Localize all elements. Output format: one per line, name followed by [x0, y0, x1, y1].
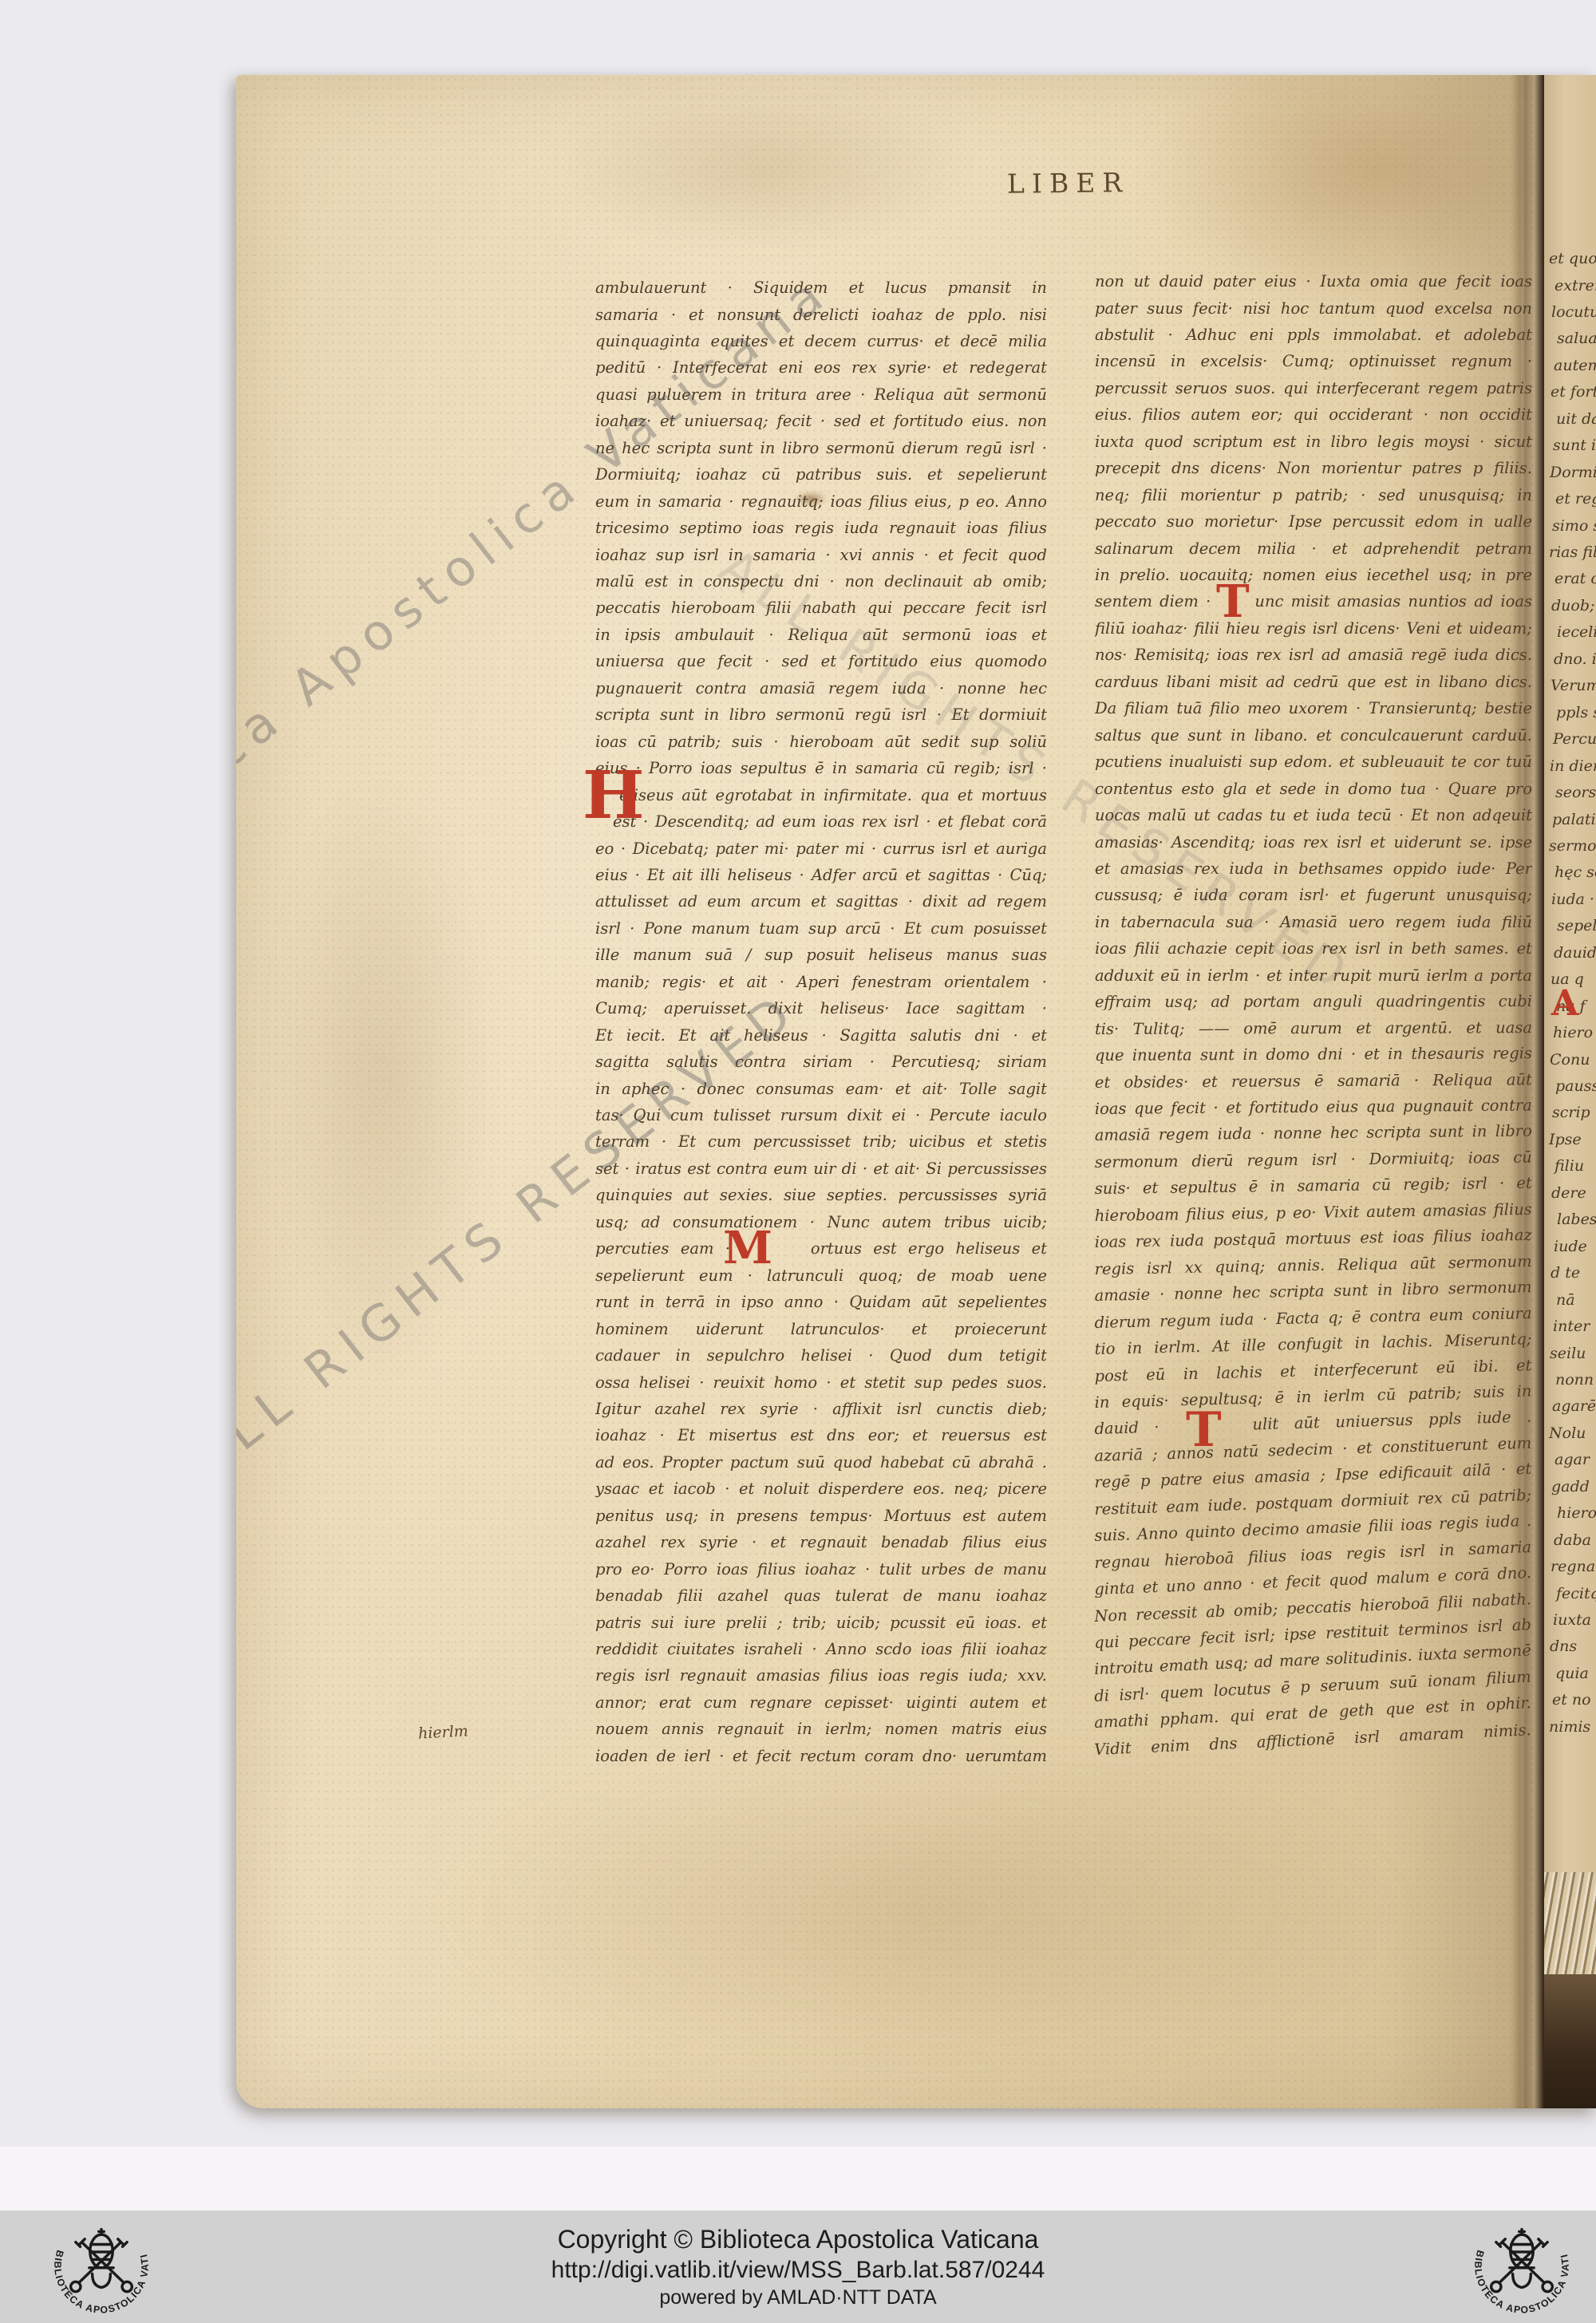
manuscript-line: erat cum: [1555, 566, 1596, 592]
manuscript-line: nouem annis regnauit in ierlm; nomen mat…: [595, 1716, 1047, 1743]
manuscript-line: eius · Porro ioas sepultus ē in samaria …: [595, 755, 1047, 782]
manuscript-line: effraim usq; ad portam anguli quadringen…: [1095, 988, 1532, 1016]
manuscript-line: ille manum suā / sup posuit heliseus man…: [595, 942, 1047, 969]
manuscript-line: duob; a: [1551, 593, 1596, 619]
manuscript-line: est · Descenditq; ad eum ioas rex isrl ·…: [613, 808, 1047, 836]
manuscript-line: scripta sunt in libro sermonū regū isrl …: [595, 701, 1047, 729]
manuscript-line: iude: [1554, 1234, 1587, 1260]
manuscript-line: ysaac et iacob · et noluit disperdere eo…: [595, 1476, 1047, 1503]
manuscript-line: dno. iux: [1554, 646, 1596, 673]
manuscript-line: labes: [1557, 1207, 1596, 1233]
manuscript-line: tricesimo septimo ioas regis iuda regnau…: [595, 515, 1047, 542]
manuscript-line: ppls sa: [1556, 700, 1596, 726]
manuscript-line: agarē: [1552, 1393, 1596, 1420]
manuscript-line: in tabernacula sua · Amasiā uero regem i…: [1095, 909, 1532, 936]
rubric-initial-H: H: [583, 763, 644, 828]
manuscript-line: pro eo· Porro ioas filius ioahaz · tulit…: [595, 1556, 1047, 1583]
manuscript-line: et quod c: [1549, 246, 1596, 272]
manuscript-line: adduxit eū in ierlm · et inter rupit mur…: [1095, 962, 1532, 990]
manuscript-line: peccato suo morietur· Ipse percussit edo…: [1095, 508, 1532, 535]
manuscript-line: pater suus fecit· nisi hoc tantum quod e…: [1095, 295, 1532, 322]
manuscript-line: filiu: [1555, 1153, 1584, 1179]
manuscript-line: tas· Qui cum tulisset rursum dixit ei · …: [595, 1102, 1047, 1129]
manuscript-line: uocas malū ut cadas tu et iuda tecū · Et…: [1095, 802, 1532, 829]
manuscript-line: Dormiuitq; ioahaz cū patribus suis. et s…: [595, 461, 1047, 488]
manuscript-line: iecelia de: [1557, 619, 1596, 646]
manuscript-line: iuxta: [1553, 1607, 1591, 1634]
footer-url: http://digi.vatlib.it/view/MSS_Barb.lat.…: [551, 2257, 1045, 2284]
manuscript-line: iuda ·: [1551, 887, 1594, 913]
manuscript-line: quinquies aut sexies. siue septies. perc…: [595, 1182, 1047, 1209]
manuscript-line: runt in terrā in ipso anno · Quidam aūt …: [595, 1289, 1047, 1316]
manuscript-line: attulisset ad eum arcum et sagittas · di…: [595, 888, 1047, 915]
manuscript-line: percussit seruos suos. qui interfecerant…: [1095, 375, 1532, 402]
manuscript-line: dauid: [1554, 940, 1596, 966]
manuscript-line: terram · Et cum percussisset trib; uicib…: [595, 1128, 1047, 1156]
manuscript-line: isrl · Pone manum tuam sup arcū · Et cum…: [595, 915, 1047, 942]
manuscript-line: in aphec · donec consumas eam· et ait· T…: [595, 1076, 1047, 1103]
manuscript-line: malū est in conspectu dni · non declinau…: [595, 568, 1047, 595]
manuscript-line: salinarum decem milia · et adprehendit p…: [1095, 535, 1532, 563]
manuscript-line: ad eos. Propter pactum suū quod habebat …: [595, 1449, 1047, 1476]
manuscript-line: ioahaz · Et misertus est dns eor; et reu…: [595, 1422, 1047, 1449]
manuscript-line: locutus ē: [1551, 299, 1596, 326]
manuscript-line: Dormiu: [1550, 460, 1596, 486]
manuscript-line: Conu: [1550, 1047, 1590, 1073]
rubric-initial-T: T: [1216, 579, 1250, 624]
manuscript-line: saltus que sunt in libano. et conculcaue…: [1095, 722, 1532, 749]
manuscript-line: sermon: [1549, 833, 1596, 859]
manuscript-line: Percus: [1553, 726, 1596, 753]
manuscript-page: LIBER ambulauerunt · Siquidem et lucus p…: [236, 75, 1596, 2108]
manuscript-line: percuties eam · ortuus est ergo heliseus…: [595, 1235, 1047, 1262]
manuscript-line: scrip: [1552, 1100, 1590, 1126]
manuscript-line: reddidit ciuitates israheli · Anno scdo …: [595, 1636, 1047, 1663]
parchment-stain: [268, 777, 492, 1384]
manuscript-line: hiero: [1553, 1020, 1593, 1046]
manuscript-line: ioahaz sup isrl in samaria · xvi annis ·…: [595, 542, 1047, 569]
manuscript-left-column: ambulauerunt · Siquidem et lucus pmansit…: [595, 275, 1047, 1783]
manuscript-line: non ut dauid pater eius · Iuxta omia que…: [1095, 268, 1532, 295]
manuscript-line: gadd: [1551, 1474, 1590, 1500]
manuscript-line: Et iecit. Et ait heliseus · Sagitta salu…: [595, 1022, 1047, 1049]
margin-note: hierlm: [417, 1722, 468, 1742]
manuscript-line: que inuenta sunt in domo dni · et in the…: [1095, 1040, 1532, 1069]
manuscript-line: in diem: [1550, 753, 1596, 780]
manuscript-line: cadauer in sepulchro helisei · Quod dum …: [595, 1342, 1047, 1369]
manuscript-line: et obsides· et reuersus ē samariā · Reli…: [1095, 1066, 1532, 1096]
manuscript-line: neq; filii morientur p patrib; · sed unu…: [1095, 482, 1532, 509]
manuscript-right-column: non ut dauid pater eius · Iuxta omia que…: [1095, 268, 1532, 1776]
manuscript-line: ioas cū patrib; suis · hieroboam aūt sed…: [595, 729, 1047, 756]
manuscript-line: peccatis hieroboam filii nabath qui pecc…: [595, 595, 1047, 622]
manuscript-line: incensū in excelsis· Cumq; optinuisset r…: [1095, 348, 1532, 375]
manuscript-line: agar: [1555, 1447, 1590, 1473]
rubric-initial-M: M: [723, 1226, 772, 1270]
running-header-liber: LIBER: [1007, 167, 1130, 200]
manuscript-line: extremo: [1555, 273, 1596, 299]
manuscript-line: d te: [1551, 1260, 1580, 1286]
manuscript-line: simo sep: [1552, 513, 1596, 539]
manuscript-line: seilu: [1550, 1341, 1586, 1367]
manuscript-line: ioas filii achazie cepit ioas rex isrl i…: [1095, 935, 1532, 962]
manuscript-line: et amasias rex iuda in bethsames oppido …: [1095, 855, 1532, 883]
manuscript-line: eius. filios autem eor; qui occiderant ·…: [1095, 401, 1532, 429]
manuscript-line: sepelierunt eum · latrunculi quoq; de mo…: [595, 1262, 1047, 1290]
vatican-library-logo-right: BIBLIOTECA APOSTOLICA VATICANA: [1462, 2209, 1582, 2322]
manuscript-line: Verum: [1551, 673, 1596, 699]
manuscript-line: annor; erat cum regnare cepisset· uigint…: [595, 1689, 1047, 1717]
manuscript-line: eius · Et ait illi heliseus · Adfer arcū…: [595, 862, 1047, 889]
manuscript-line: palatiu: [1552, 807, 1596, 833]
manuscript-line: nos· Remisitq; ioas rex isrl ad amasiā r…: [1095, 642, 1532, 669]
manuscript-line: rias filii: [1549, 539, 1596, 566]
manuscript-line: samaria · et nonsunt derelicti ioahaz de…: [595, 302, 1047, 329]
footer-copyright: Copyright © Biblioteca Apostolica Vatica…: [558, 2225, 1039, 2254]
manuscript-line: dere: [1551, 1180, 1586, 1207]
manuscript-line: pauss: [1555, 1073, 1596, 1100]
manuscript-line: inter: [1553, 1314, 1590, 1340]
manuscript-line: eliseus aūt egrotabat in infirmitate. qu…: [619, 782, 1047, 809]
manuscript-line: ioahaz· et uniuersaq; fecit · sed et for…: [595, 408, 1047, 435]
manuscript-line: regna: [1551, 1554, 1595, 1580]
manuscript-line: quia: [1555, 1661, 1589, 1687]
footer-white-strip: [0, 2147, 1596, 2210]
manuscript-line: quasi puluerem in tritura aree · Reliqua…: [595, 381, 1047, 409]
manuscript-line: uit dam: [1556, 406, 1596, 433]
manuscript-line: Nolu: [1549, 1420, 1586, 1447]
manuscript-line: pugnauerit contra amasiā regem iuda · no…: [595, 675, 1047, 702]
footer-text-block: Copyright © Biblioteca Apostolica Vatica…: [0, 2210, 1596, 2323]
manuscript-line: usq; ad consumationem · Nunc autem tribu…: [595, 1209, 1047, 1236]
manuscript-line: in ipsis ambulauit · Reliqua aūt sermonū…: [595, 622, 1047, 649]
manuscript-line: eum in samaria · regnauitq; ioas filius …: [595, 488, 1047, 516]
manuscript-line: regis isrl regnauit amasias filius ioas …: [595, 1662, 1047, 1689]
rubric-initial-A: A: [1551, 986, 1578, 1021]
manuscript-line: nonn: [1555, 1367, 1594, 1393]
manuscript-line: nā: [1556, 1287, 1575, 1314]
manuscript-line: set · iratus est contra eum uir di · et …: [595, 1156, 1047, 1183]
manuscript-line: nimis: [1549, 1714, 1590, 1740]
rubric-initial-T: T: [1186, 1406, 1222, 1454]
manuscript-line: sagitta salutis contra siriam · Percutie…: [595, 1049, 1047, 1076]
manuscript-line: et regna: [1555, 486, 1596, 512]
manuscript-line: uniuersa que fecit · sed et fortitudo ei…: [595, 648, 1047, 675]
parchment-stain: [555, 83, 970, 251]
manuscript-line: in prelio. uocauitq; nomen eius iecethel…: [1095, 562, 1532, 589]
manuscript-line: Ipse: [1549, 1127, 1582, 1153]
manuscript-line: et no: [1552, 1687, 1591, 1713]
manuscript-line: dns: [1550, 1634, 1577, 1660]
binding-gutter-shadow: [1511, 75, 1544, 2108]
manuscript-line: sunt in l: [1553, 433, 1596, 459]
manuscript-line: amasias· Ascenditq; ioas rex isrl et uid…: [1095, 829, 1532, 856]
manuscript-line: hiero: [1557, 1500, 1596, 1527]
manuscript-line: contentus esto gla et sede in domo tua ·…: [1095, 776, 1532, 803]
manuscript-line: autem se: [1554, 353, 1596, 379]
manuscript-line: patris sui iure prelii ; trib; uicib; pc…: [595, 1610, 1047, 1637]
manuscript-line: Igitur azahel rex syrie · afflixit isrl …: [595, 1396, 1047, 1423]
manuscript-line: pcutiens inualuisti sup edom. et subleua…: [1095, 749, 1532, 776]
manuscript-line: Cumq; aperuisset. dixit heliseus· Iace s…: [595, 995, 1047, 1022]
manuscript-line: saluauit: [1557, 326, 1596, 352]
manuscript-line: penitus usq; in presens tempus· Mortuus …: [595, 1503, 1047, 1530]
manuscript-line: sentem diem · unc misit amasias nuntios …: [1095, 588, 1532, 615]
manuscript-line: fecitq: [1556, 1581, 1596, 1607]
manuscript-line: iuxta quod scriptum est in libro legis m…: [1095, 429, 1532, 456]
manuscript-line: eo · Dicebatq; pater mi· pater mi · curr…: [595, 836, 1047, 863]
manuscript-line: filiū ioahaz· filii hieu regis isrl dice…: [1095, 615, 1532, 642]
manuscript-line: cussusq; ē iuda coram isrl· et fugerunt …: [1095, 882, 1532, 909]
parchment-stain: [428, 1735, 1417, 2086]
manuscript-line: daba: [1554, 1527, 1591, 1554]
manuscript-line: seorsum: [1555, 780, 1596, 806]
scan-viewer-stage: LIBER ambulauerunt · Siquidem et lucus p…: [0, 0, 1596, 2323]
manuscript-line: quinquaginta equites et decem currus· et…: [595, 328, 1047, 355]
manuscript-line: sepelie: [1557, 913, 1596, 939]
book-fore-edge-shadow: [1544, 1974, 1596, 2108]
manuscript-line: azahel rex syrie · et regnauit benadab f…: [595, 1529, 1047, 1556]
manuscript-line: Da filiam tuā filio meo uxorem · Transie…: [1095, 695, 1532, 722]
manuscript-line: ioaden de ierl · et fecit rectum coram d…: [595, 1743, 1047, 1770]
manuscript-line: abstulit · Adhuc eni ppls immolabat. et …: [1095, 322, 1532, 349]
manuscript-line: ambulauerunt · Siquidem et lucus pmansit…: [595, 275, 1047, 302]
manuscript-line: ossa helisei · reuixit homo · et stetit …: [595, 1369, 1047, 1397]
footer-powered-by: powered by AMLAD·NTT DATA: [659, 2286, 936, 2309]
manuscript-line: tis· Tulitq; —— omē aurum et argentū. et…: [1095, 1014, 1532, 1043]
manuscript-line: manib; regis· et ait · Aperi fenestram o…: [595, 969, 1047, 996]
vatican-library-logo-left: BIBLIOTECA APOSTOLICA VATICANA: [41, 2209, 161, 2322]
manuscript-line: hęc scr: [1555, 859, 1596, 886]
manuscript-line: carduus libani misit ad cedrū que est in…: [1095, 669, 1532, 696]
manuscript-line: benadab filii azahel quas tulerat de man…: [595, 1582, 1047, 1610]
manuscript-line: precepit dns dicens· Non morientur patre…: [1095, 455, 1532, 482]
manuscript-line: et fortitu: [1551, 379, 1596, 405]
manuscript-line: ne hec scripta sunt in libro sermonū die…: [595, 435, 1047, 462]
manuscript-line: peditū · Interfecerat eni eos rex syrie·…: [595, 354, 1047, 381]
manuscript-line: hominem uiderunt latrunculos· et proiece…: [595, 1316, 1047, 1343]
